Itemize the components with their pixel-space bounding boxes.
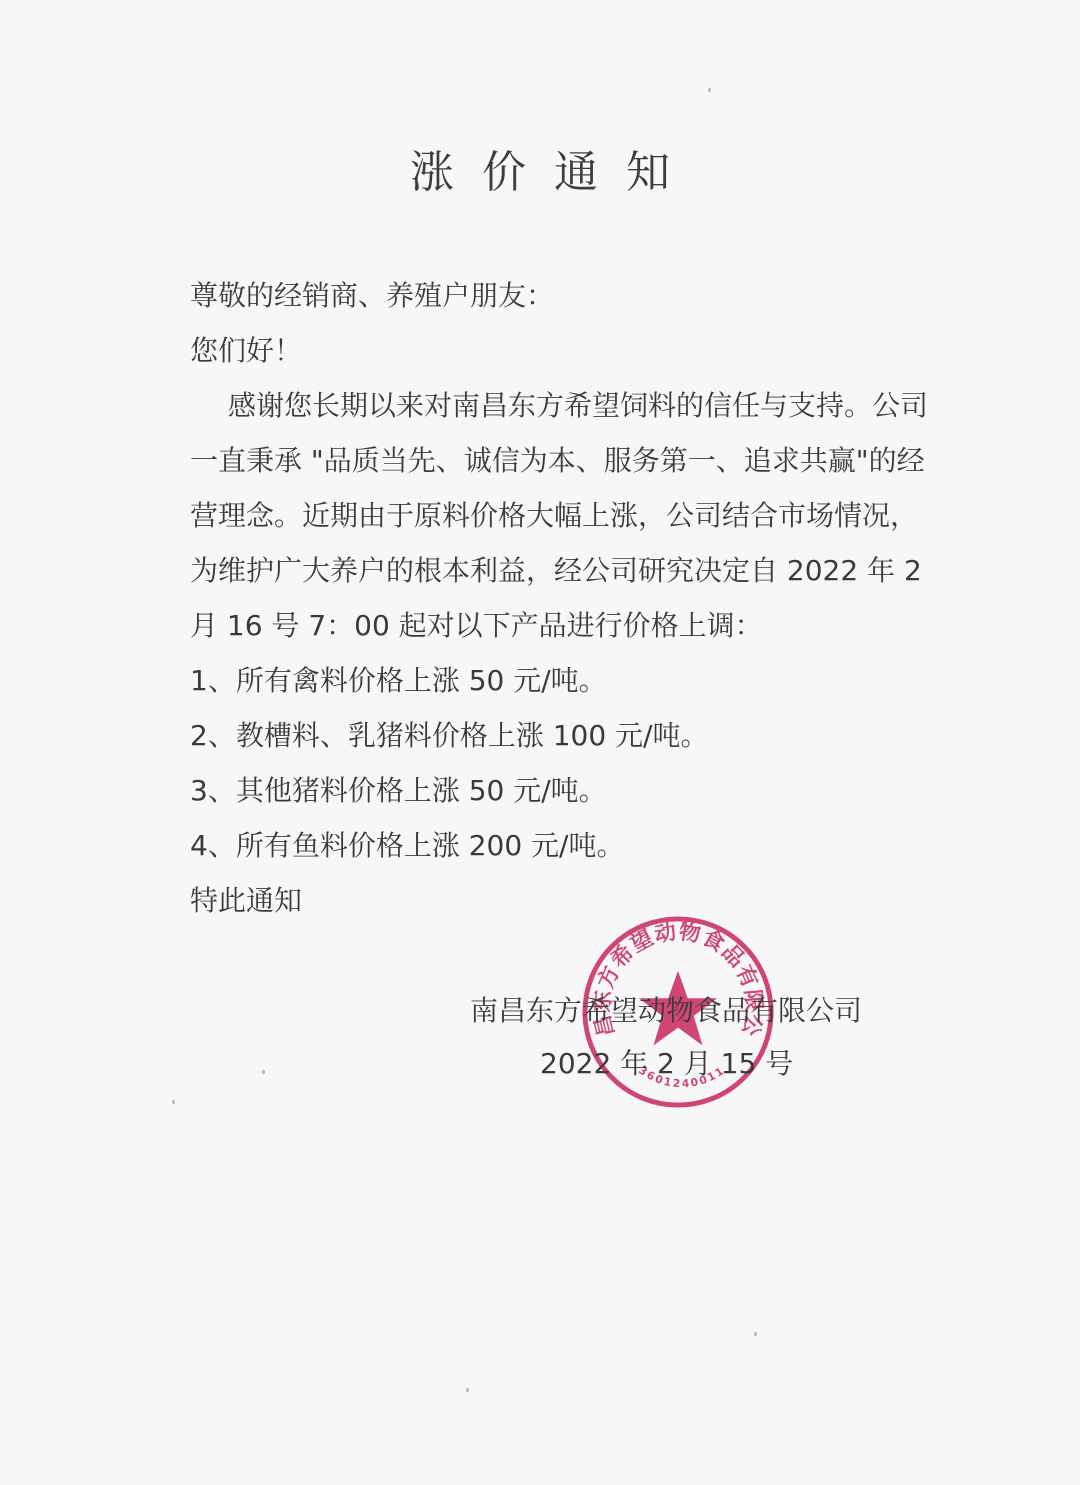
paragraph-line-4: 为维护广大养户的根本利益，经公司研究决定自 2022 年 2 bbox=[190, 551, 918, 591]
paragraph-line-5: 月 16 号 7：00 起对以下产品进行价格上调： bbox=[190, 606, 763, 646]
scan-speck bbox=[172, 1100, 175, 1104]
scan-speck bbox=[708, 88, 711, 92]
notice-page: 涨价通知 尊敬的经销商、养殖户朋友： 您们好！ 感谢您长期以来对南昌东方希望饲料… bbox=[0, 0, 1080, 1485]
price-item-2: 2、教槽料、乳猪料价格上涨 100 元/吨。 bbox=[190, 716, 709, 756]
signature-date: 2022 年 2 月 15 号 bbox=[540, 1044, 793, 1084]
scan-speck bbox=[466, 1388, 469, 1392]
price-item-4: 4、所有鱼料价格上涨 200 元/吨。 bbox=[190, 826, 625, 866]
scan-speck bbox=[262, 1070, 265, 1074]
paragraph-line-3: 营理念。近期由于原料价格大幅上涨，公司结合市场情况， bbox=[190, 496, 918, 536]
price-item-3: 3、其他猪料价格上涨 50 元/吨。 bbox=[190, 771, 607, 811]
salutation: 尊敬的经销商、养殖户朋友： bbox=[190, 276, 554, 316]
price-item-1: 1、所有禽料价格上涨 50 元/吨。 bbox=[190, 661, 607, 701]
notice-title: 涨价通知 bbox=[0, 145, 1080, 201]
scan-speck bbox=[754, 1332, 757, 1336]
greeting: 您们好！ bbox=[190, 331, 302, 371]
paragraph-line-2: 一直秉承 "品质当先、诚信为本、服务第一、追求共赢"的经 bbox=[190, 441, 918, 481]
paragraph-line-1: 感谢您长期以来对南昌东方希望饲料的信任与支持。公司 bbox=[190, 386, 918, 426]
closing-remark: 特此通知 bbox=[190, 881, 302, 921]
signature-company: 南昌东方希望动物食品有限公司 bbox=[470, 991, 862, 1031]
